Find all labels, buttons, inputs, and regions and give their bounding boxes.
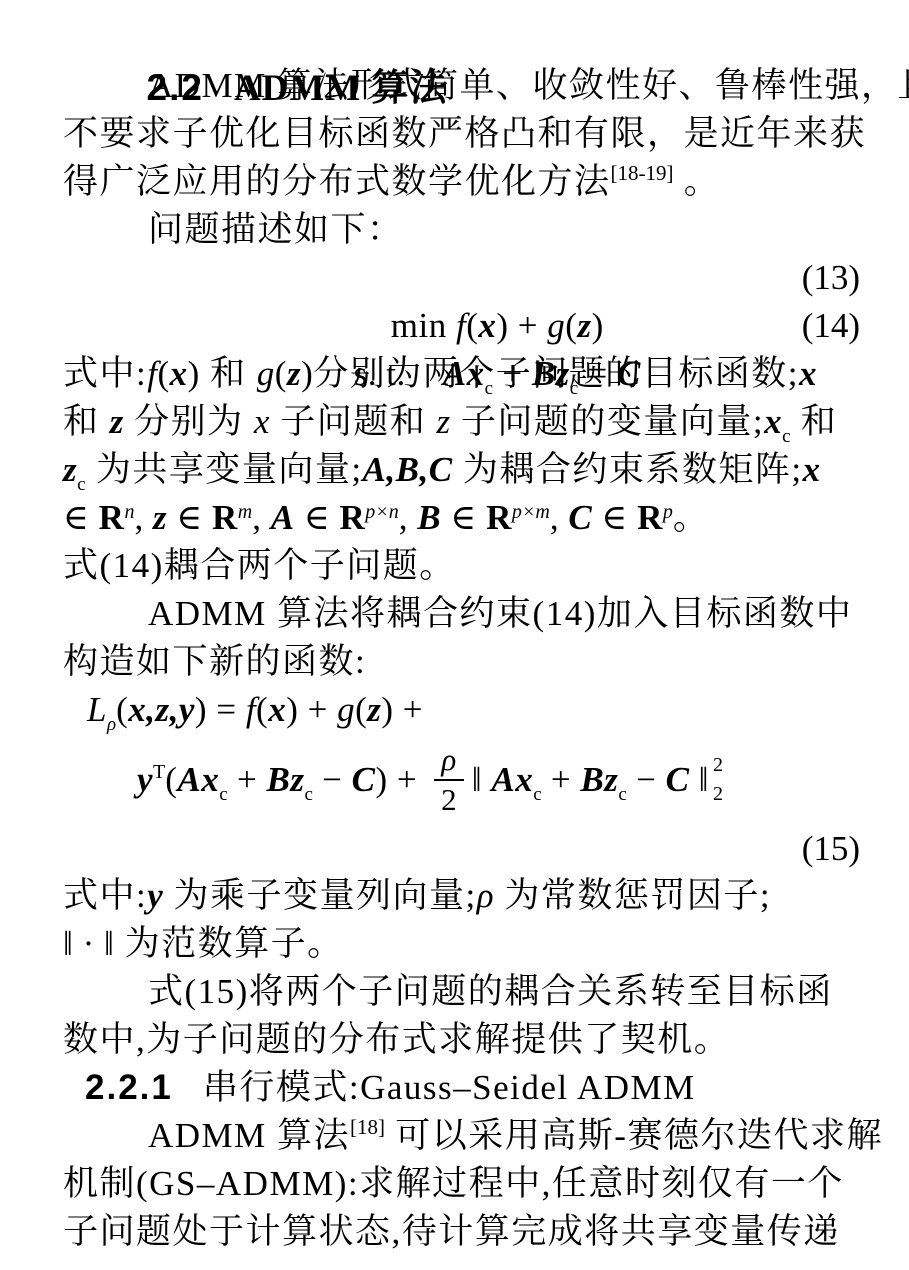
math-C: C <box>568 498 592 537</box>
equation-15-number-line: (15) <box>63 826 870 872</box>
math-x: x <box>268 690 286 729</box>
body-text: 为乘子变量列向量; <box>163 876 476 915</box>
math-token: + <box>394 690 424 729</box>
body-text: 和 <box>63 402 110 441</box>
math-C: C <box>617 354 641 393</box>
citation-superscript: [18] <box>350 1115 385 1139</box>
math-f: f <box>246 690 256 729</box>
math-token: + <box>388 760 427 799</box>
element-of-symbol: ∈ <box>592 498 637 537</box>
math-Bz: Bz <box>580 760 618 799</box>
equation-body: s. t. Axc + Bzc = C <box>354 354 641 393</box>
body-text: 和 <box>200 354 257 393</box>
math-token: ( <box>157 354 169 393</box>
math-token: + <box>493 354 532 393</box>
math-token: ( <box>275 354 287 393</box>
body-text: 分别为 <box>124 402 254 441</box>
fraction-denominator: 2 <box>434 781 463 817</box>
body-text: 数中,为子问题的分布式求解提供了契机。 <box>63 1020 730 1059</box>
body-text: 问题描述如下： <box>148 210 404 249</box>
paper-page: 2.2ADMM 算法 ADMM 算法形式简单、收敛性好、鲁棒性强，且 不要求子优… <box>0 0 909 1270</box>
equation-body: yT(Axc + Bzc − C) + <box>137 756 426 804</box>
equation-15-line1: Lρ(x,z,y) = f(x) + g(z) + <box>63 686 870 734</box>
norm-bar: ‖ <box>689 760 709 799</box>
body-text: ADMM 算法形式简单、收敛性好、鲁棒性强，且 <box>148 66 909 105</box>
body-text: 子问题的变量向量; <box>451 402 764 441</box>
exponent-pxm: p×m <box>512 501 550 523</box>
math-R: R <box>486 498 512 537</box>
paragraph-line: 数中,为子问题的分布式求解提供了契机。 <box>63 1016 870 1064</box>
math-token: − <box>627 760 666 799</box>
subscript-c: c <box>304 784 312 805</box>
math-Ax: Ax <box>491 760 533 799</box>
math-token: ) <box>195 690 207 729</box>
math-R: R <box>212 498 238 537</box>
math-token: = <box>578 354 617 393</box>
body-text: 和 <box>791 402 838 441</box>
math-R: R <box>637 498 663 537</box>
math-token: = <box>207 690 246 729</box>
paragraph-line: 问题描述如下： <box>63 206 870 254</box>
body-text: ADMM 算法 <box>148 1116 350 1155</box>
subscript-c: c <box>77 474 85 495</box>
body-text: 子问题和 <box>270 402 437 441</box>
math-token: ) <box>188 354 200 393</box>
subscript-c: c <box>219 784 227 805</box>
math-z: z <box>153 498 167 537</box>
subsection-heading: 2.2.1串行模式:Gauss–Seidel ADMM <box>63 1064 870 1112</box>
equation-body: ‖ Axc + Bzc − C ‖ <box>472 756 709 804</box>
math-C: C <box>352 760 376 799</box>
body-text: 为共享变量向量; <box>86 450 363 489</box>
math-y: y <box>147 876 163 915</box>
exponent-n: n <box>124 501 134 523</box>
math-z: z <box>110 402 124 441</box>
subscript-c: c <box>782 426 790 447</box>
norm-squared-sub2: 22 <box>713 751 723 809</box>
paragraph-line: 子问题处于计算状态,待计算完成将共享变量传递 <box>63 1208 870 1256</box>
math-Ax: Ax <box>443 354 485 393</box>
body-text: 为范数算子。 <box>114 924 343 963</box>
body-text: ADMM 算法将耦合约束(14)加入目标函数中 <box>148 594 852 633</box>
math-token: ) <box>381 690 393 729</box>
body-text: 不要求子优化目标函数严格凸和有限，是近年来获 <box>63 114 866 153</box>
math-rho: ρ <box>477 876 494 915</box>
math-A: A <box>271 498 295 537</box>
math-x: x <box>170 354 188 393</box>
element-of-symbol: ∈ <box>167 498 212 537</box>
math-token: , <box>399 498 418 537</box>
math-z: z <box>367 690 381 729</box>
paragraph-line: ‖ · ‖ 为范数算子。 <box>63 920 870 968</box>
math-token: + <box>298 690 337 729</box>
math-y: y <box>137 760 153 799</box>
body-text: 得广泛应用的分布式数学优化方法 <box>63 162 611 201</box>
equation-number: (15) <box>802 829 860 868</box>
paragraph-line: ∈ Rn, z ∈ Rm, A ∈ Rp×n, B ∈ Rp×m, C ∈ Rp… <box>63 494 870 542</box>
subscript-c: c <box>485 378 493 399</box>
equation-13: min f(x) + g(z) (13) <box>63 254 870 302</box>
exponent-pxn: p×n <box>365 501 399 523</box>
text-column: 2.2ADMM 算法 ADMM 算法形式简单、收敛性好、鲁棒性强，且 不要求子优… <box>0 0 909 1256</box>
body-text: 式(15)将两个子问题的耦合关系转至目标函 <box>148 972 833 1011</box>
norm-operator: ‖ · ‖ <box>63 924 114 963</box>
math-Bz: Bz <box>266 760 304 799</box>
math-g: g <box>257 354 275 393</box>
paragraph-line: ADMM 算法形式简单、收敛性好、鲁棒性强，且 <box>63 62 870 110</box>
subject-to: s. t. <box>354 354 443 393</box>
exponent-p: p <box>663 501 673 523</box>
paragraph-line: ADMM 算法将耦合约束(14)加入目标函数中 <box>63 590 870 638</box>
subscript-c: c <box>570 378 578 399</box>
math-C: C <box>666 760 690 799</box>
math-x-italic: x <box>254 402 270 441</box>
math-token: − <box>313 760 352 799</box>
paragraph-line: 式(15)将两个子问题的耦合关系转至目标函 <box>63 968 870 1016</box>
math-Ax: Ax <box>177 760 219 799</box>
math-token: ( <box>355 690 367 729</box>
math-token: ( <box>116 690 128 729</box>
body-text: 可以采用高斯-赛德尔迭代求解 <box>385 1116 883 1155</box>
body-text: 为常数惩罚因子; <box>494 876 771 915</box>
paragraph-line: 构造如下新的函数: <box>63 638 870 686</box>
math-token: ( <box>165 760 177 799</box>
transpose-superscript: T <box>153 761 165 783</box>
equation-number: (14) <box>802 302 860 350</box>
body-text: 式中: <box>63 354 147 393</box>
body-text: 。 <box>673 498 710 537</box>
paragraph-line: ADMM 算法[18] 可以采用高斯-赛德尔迭代求解 <box>63 1112 870 1160</box>
math-f: f <box>147 354 157 393</box>
fraction-numerator: ρ <box>434 743 463 781</box>
norm-superscript-2: 2 <box>713 751 723 780</box>
element-of-symbol: ∈ <box>295 498 340 537</box>
rho-over-2-fraction: ρ2 <box>434 743 463 817</box>
math-L: L <box>87 690 107 729</box>
body-text: 构造如下新的函数: <box>63 642 366 681</box>
subscript-rho: ρ <box>107 714 116 735</box>
equation-15-line2: yT(Axc + Bzc − C) + ρ2‖ Axc + Bzc − C ‖2… <box>63 734 870 826</box>
subsection-number: 2.2.1 <box>85 1068 173 1107</box>
math-R: R <box>340 498 366 537</box>
element-of-symbol: ∈ <box>441 498 486 537</box>
body-text: 机制(GS–ADMM):求解过程中,任意时刻仅有一个 <box>63 1164 844 1203</box>
body-text: 。 <box>674 162 721 201</box>
body-text: 式中: <box>63 876 147 915</box>
math-token: , <box>134 498 153 537</box>
math-Bz: Bz <box>532 354 570 393</box>
math-R: R <box>99 498 125 537</box>
math-x: x <box>799 354 817 393</box>
math-token: ) <box>286 690 298 729</box>
math-x: x <box>803 450 821 489</box>
math-token: , <box>550 498 569 537</box>
math-token: ( <box>256 690 268 729</box>
paragraph-line: 机制(GS–ADMM):求解过程中,任意时刻仅有一个 <box>63 1160 870 1208</box>
body-text: 为耦合约束系数矩阵; <box>453 450 803 489</box>
math-g: g <box>337 690 355 729</box>
subscript-c: c <box>618 784 626 805</box>
subscript-c: c <box>533 784 541 805</box>
math-B: B <box>417 498 441 537</box>
section-heading: 2.2ADMM 算法 <box>63 10 870 62</box>
paragraph-line: 不要求子优化目标函数严格凸和有限，是近年来获 <box>63 110 870 158</box>
equation-14: s. t. Axc + Bzc = C (14) <box>63 302 870 350</box>
paragraph-line: 式(14)耦合两个子问题。 <box>63 542 870 590</box>
exponent-m: m <box>238 501 252 523</box>
math-xc: x <box>764 402 782 441</box>
body-text: 子问题处于计算状态,待计算完成将共享变量传递 <box>63 1212 840 1251</box>
subsection-title: 串行模式:Gauss–Seidel ADMM <box>203 1068 696 1107</box>
body-text: 式(14)耦合两个子问题。 <box>63 546 456 585</box>
math-xzy: x,z,y <box>128 690 195 729</box>
equation-number: (13) <box>802 254 860 302</box>
math-ABC: A,B,C <box>363 450 453 489</box>
math-token: + <box>542 760 581 799</box>
math-zc: z <box>63 450 77 489</box>
paragraph-line: 式中:y 为乘子变量列向量;ρ 为常数惩罚因子; <box>63 872 870 920</box>
norm-bar: ‖ <box>472 760 492 799</box>
element-of-symbol: ∈ <box>63 498 99 537</box>
norm-subscript-2: 2 <box>713 780 723 809</box>
math-token: ) <box>375 760 387 799</box>
paragraph-line: 得广泛应用的分布式数学优化方法[18-19] 。 <box>63 158 870 206</box>
citation-superscript: [18-19] <box>611 161 674 185</box>
math-token: + <box>228 760 267 799</box>
math-token: , <box>252 498 271 537</box>
